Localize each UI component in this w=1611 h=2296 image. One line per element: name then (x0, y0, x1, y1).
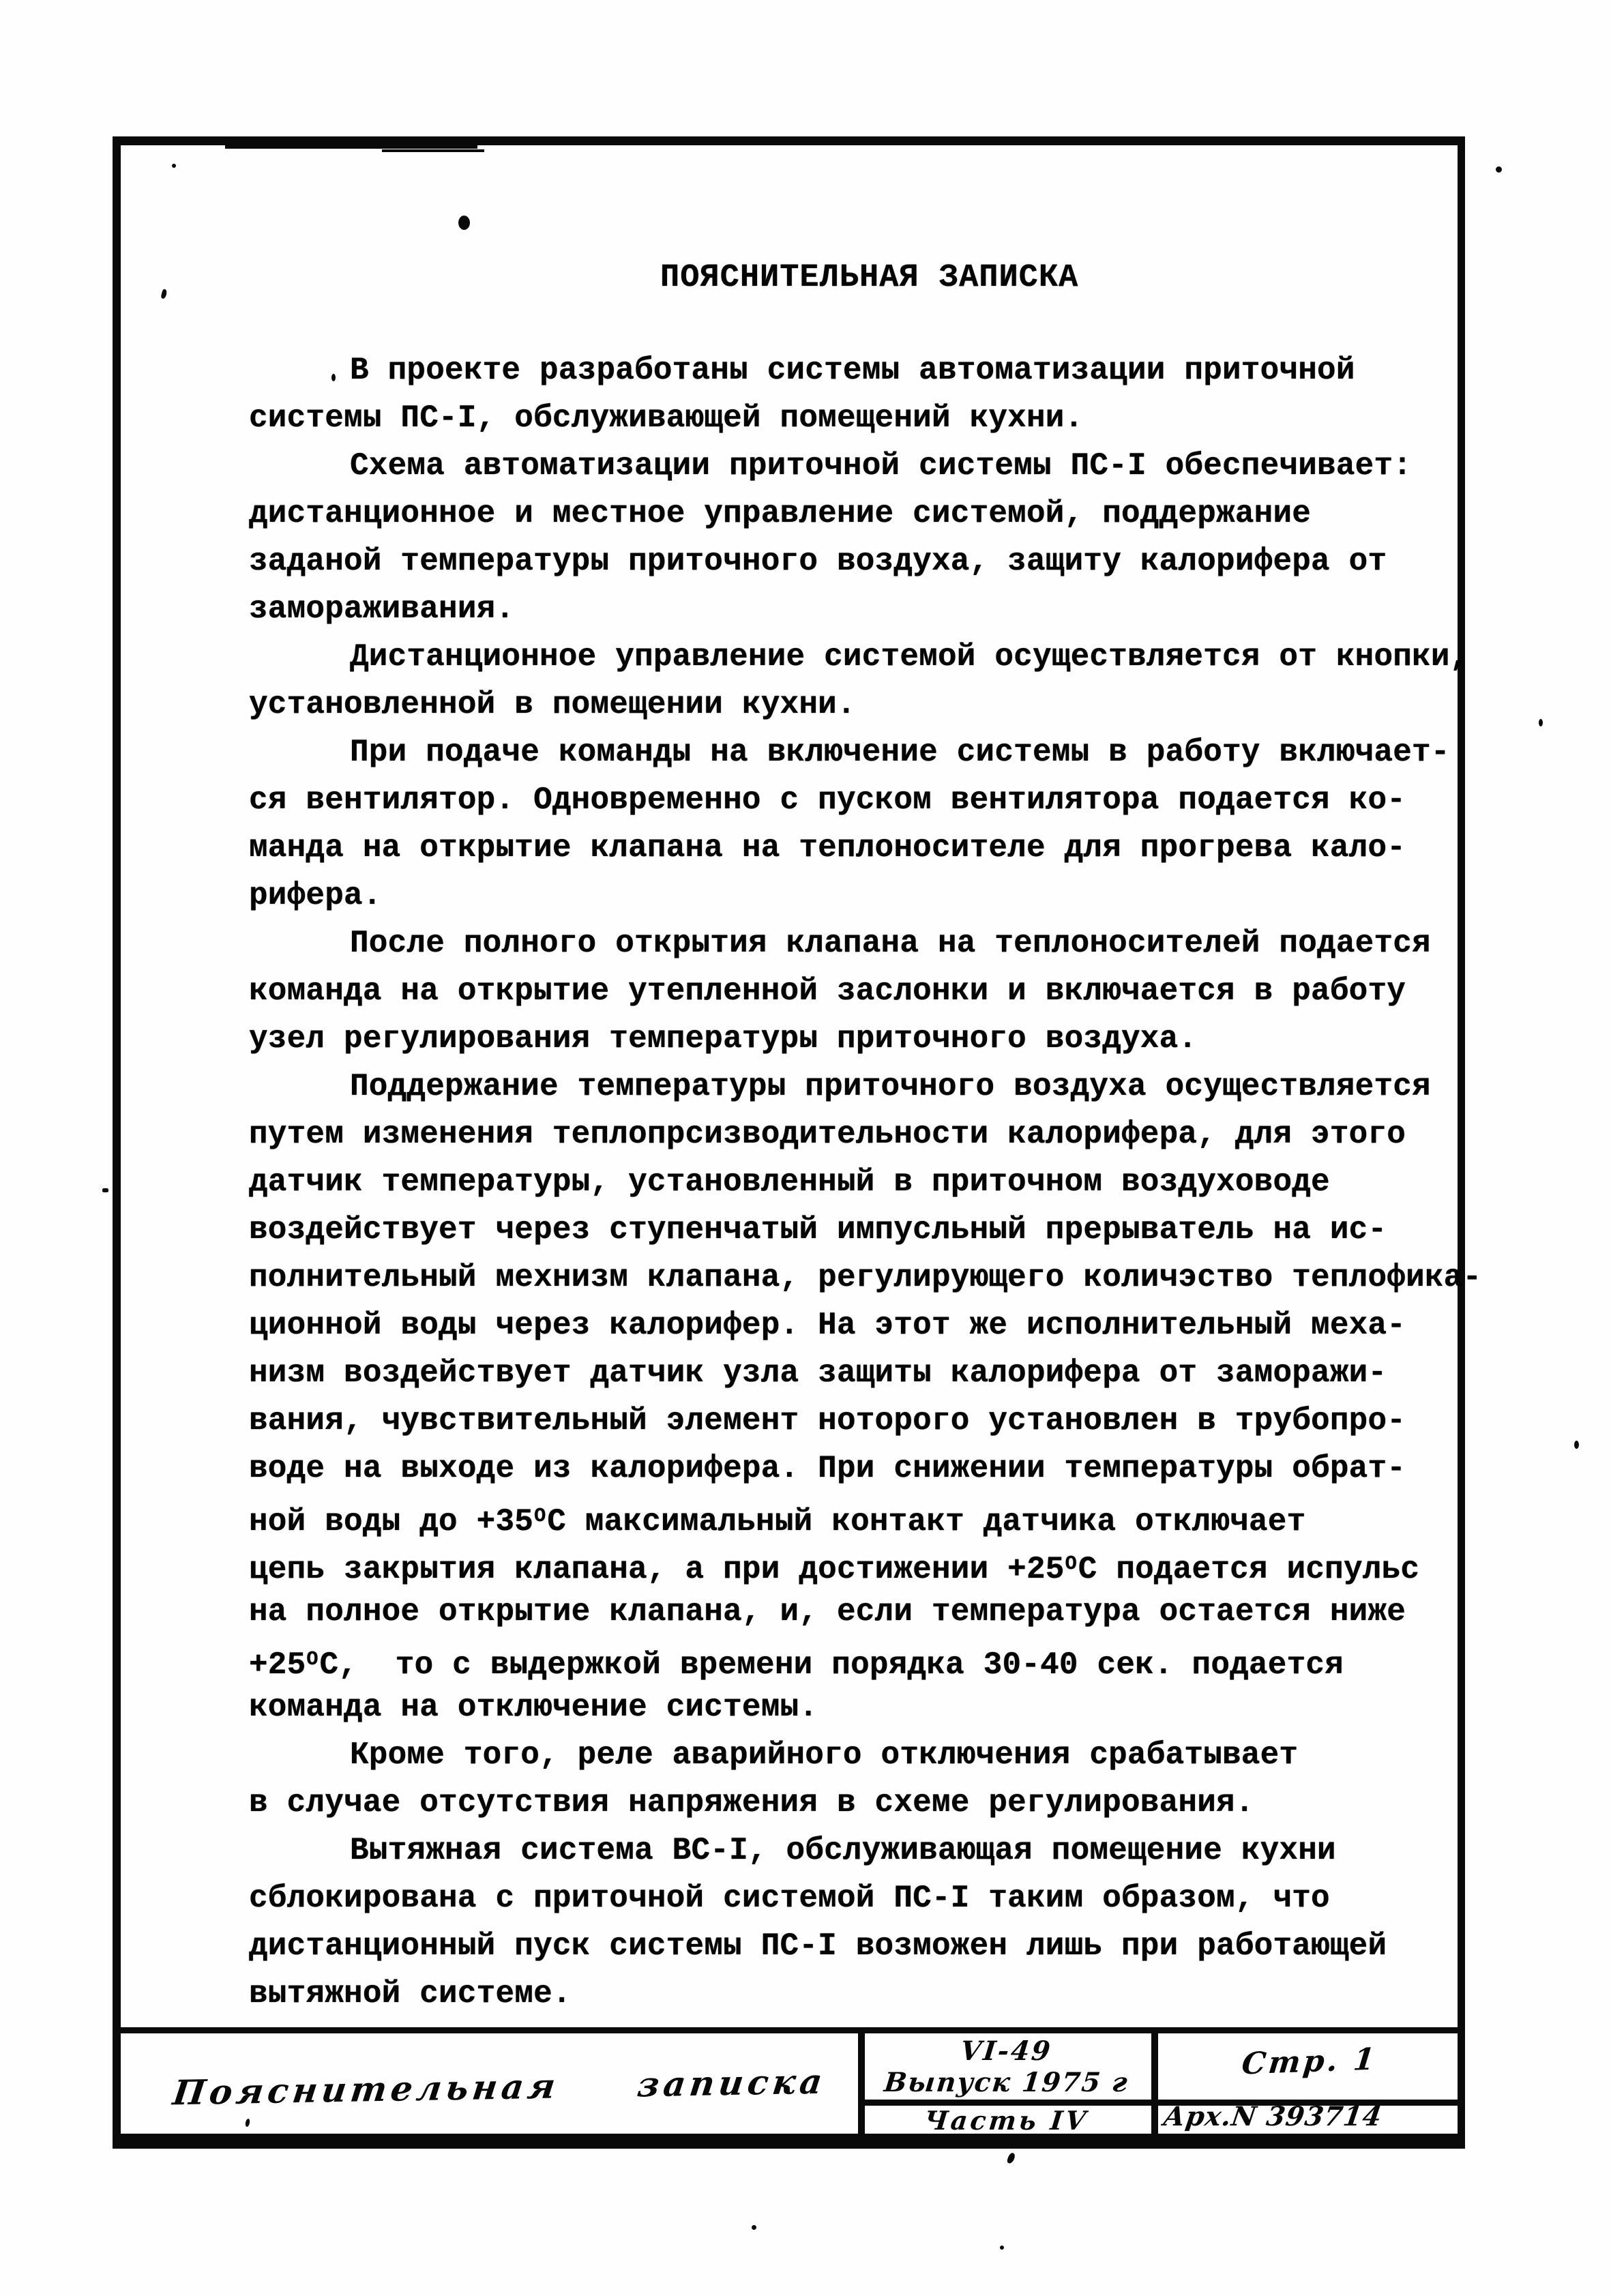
frame-border-top-rough (382, 149, 484, 152)
body-line: команда на отключение системы. (249, 1683, 1470, 1731)
body-line: низм воздействует датчик узла защиты кал… (249, 1349, 1470, 1397)
footer-page-number: Стр. 1 (1158, 2039, 1460, 2084)
body-line: полнительный мехнизм клапана, регулирующ… (249, 1254, 1470, 1301)
footer-table-divider-2 (1151, 2027, 1158, 2149)
ink-speck (172, 164, 176, 168)
ink-speck (1000, 2246, 1004, 2250)
scanned-document-page: ПОЯСНИТЕЛЬНАЯ ЗАПИСКА В проекте разработ… (0, 0, 1611, 2296)
body-line: путем изменения теплопрсизводительности … (249, 1110, 1470, 1158)
frame-border-top-rough (225, 145, 477, 149)
frame-border-left (113, 136, 121, 2149)
body-line: дистанционный пуск системы ПС-I возможен… (249, 1922, 1470, 1970)
footer-archive-number: Арх.N 393714 (1162, 2101, 1466, 2132)
body-line: При подаче команды на включение системы … (249, 728, 1470, 776)
body-line: Поддержание температуры приточного возду… (249, 1063, 1470, 1110)
body-line: В проекте разработаны системы автоматиза… (249, 347, 1470, 394)
degree-superscript: О (306, 1648, 318, 1671)
body-line: команда на открытие утепленной заслонки … (249, 967, 1470, 1015)
ink-speck (102, 1188, 108, 1192)
footer-document-name: Пояснительная записка (171, 2061, 829, 2113)
body-lines: В проекте разработаны системы автоматиза… (249, 347, 1470, 2018)
body-line: ной воды до +35ОС максимальный контакт д… (249, 1492, 1470, 1540)
degree-superscript: О (534, 1505, 546, 1527)
body-line: Вытяжная система ВС-I, обслуживающая пом… (249, 1827, 1470, 1874)
body-line: воде на выходе из калорифера. При снижен… (249, 1445, 1470, 1492)
body-line: датчик температуры, установленный в прит… (249, 1158, 1470, 1206)
body-line: воздействует через ступенчатый импусльны… (249, 1206, 1470, 1254)
degree-superscript: О (1065, 1552, 1077, 1575)
body-line: ся вентилятор. Одновременно с пуском вен… (249, 776, 1470, 824)
body-line: в случае отсутствия напряжения в схеме р… (249, 1779, 1470, 1827)
ink-speck (1574, 1441, 1579, 1449)
body-line: +25ОС, то с выдержкой времени порядка 30… (249, 1636, 1470, 1683)
body-line: системы ПС-I, обслуживающей помещений ку… (249, 394, 1470, 442)
body-line: Дистанционное управление системой осущес… (249, 633, 1470, 681)
body-line: ционной воды через калорифер. На этот же… (249, 1301, 1470, 1349)
body-line: сблокирована с приточной системой ПС-I т… (249, 1874, 1470, 1922)
footer-table-top-border (113, 2027, 1465, 2033)
body-line: После полного открытия клапана на теплон… (249, 919, 1470, 967)
footer-table-bottom-border (113, 2134, 1465, 2149)
body-line: заданой температуры приточного воздуха, … (249, 538, 1470, 585)
ink-speck (1496, 166, 1502, 173)
body-line: установленной в помещении кухни. (249, 681, 1470, 728)
body-line: дистанционное и местное управление систе… (249, 490, 1470, 538)
ink-speck (331, 374, 336, 381)
ink-speck (458, 216, 470, 230)
body-line: Кроме того, реле аварийного отключения с… (249, 1731, 1470, 1779)
body-line: Схема автоматизации приточной системы ПС… (249, 442, 1470, 490)
footer-issue-year: Выпуск 1975 г (863, 2067, 1151, 2098)
body-line: на полное открытие клапана, и, если темп… (249, 1588, 1470, 1636)
body-line: вытяжной системе. (249, 1970, 1470, 2018)
body-line: вания, чувствительный элемент ноторого у… (249, 1397, 1470, 1445)
footer-part-number: Часть IV (863, 2105, 1151, 2136)
body-line: узел регулирования температуры приточног… (249, 1015, 1470, 1063)
page-title: ПОЯСНИТЕЛЬНАЯ ЗАПИСКА (660, 260, 1078, 296)
body-line: манда на открытие клапана на теплоносите… (249, 824, 1470, 872)
ink-speck (160, 289, 167, 299)
body-line: замораживания. (249, 585, 1470, 633)
footer-series-code: VI-49 (863, 2035, 1151, 2067)
body-line: рифера. (249, 872, 1470, 919)
ink-speck (1006, 2152, 1016, 2164)
ink-speck (752, 2225, 756, 2230)
frame-border-top (113, 136, 1465, 145)
ink-speck (245, 2119, 250, 2128)
body-line: цепь закрытия клапана, а при достижении … (249, 1540, 1470, 1588)
ink-speck (1539, 719, 1543, 726)
